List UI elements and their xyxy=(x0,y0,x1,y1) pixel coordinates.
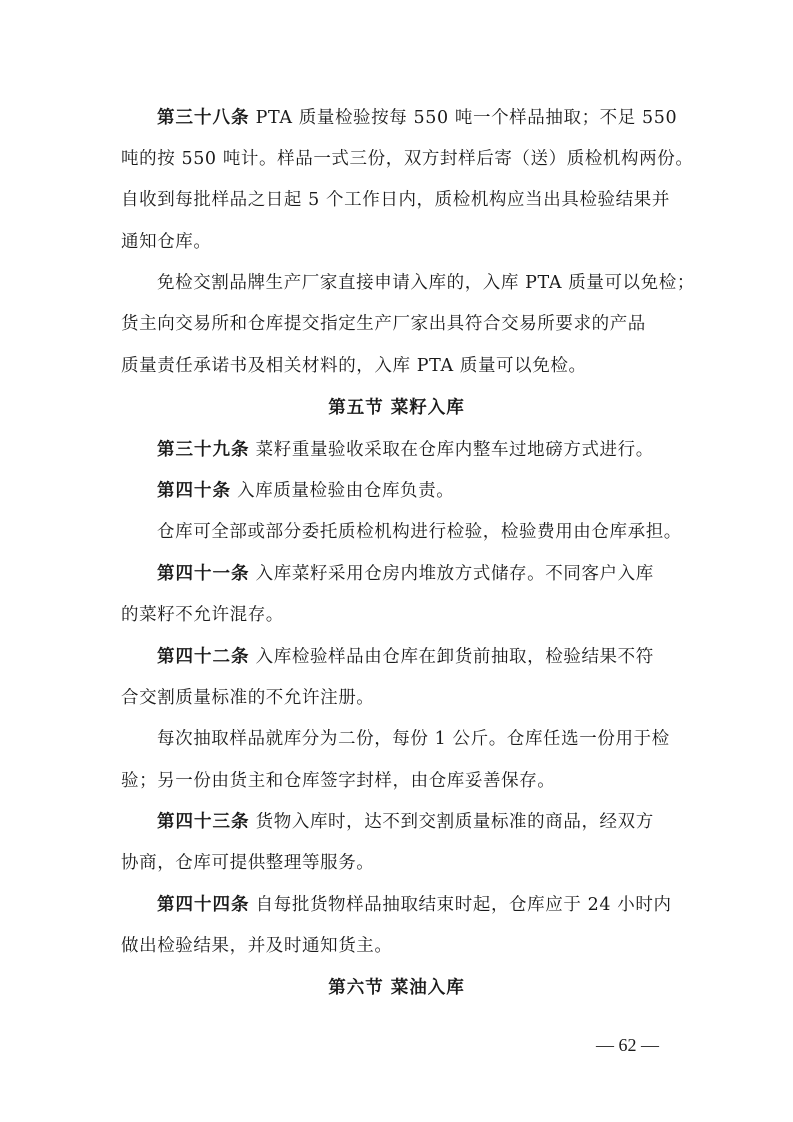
article-42-line-2: 合交割质量标准的不允许注册。 xyxy=(121,686,676,710)
article-39-label: 第三十九条 xyxy=(157,440,250,460)
article-42-para2-line-1: 每次抽取样品就库分为二份，每份 1 公斤。仓库任选一份用于检 xyxy=(157,727,712,751)
section-5-heading: 第五节 菜籽入库 xyxy=(0,396,793,420)
article-38-line-4: 通知仓库。 xyxy=(121,230,676,254)
article-44-line-2: 做出检验结果，并及时通知货主。 xyxy=(121,934,676,958)
section-6-heading: 第六节 菜油入库 xyxy=(0,976,793,1000)
article-43-line-2: 协商，仓库可提供整理等服务。 xyxy=(121,851,676,875)
article-41-line-2: 的菜籽不允许混存。 xyxy=(121,603,676,627)
article-44-line-1: 第四十四条 自每批货物样品抽取结束时起，仓库应于 24 小时内 xyxy=(157,893,712,917)
page-number: — 62 — xyxy=(596,1033,659,1057)
article-42-line-1: 第四十二条 入库检验样品由仓库在卸货前抽取，检验结果不符 xyxy=(157,645,712,669)
article-44-label: 第四十四条 xyxy=(157,895,250,915)
article-43-line-1: 第四十三条 货物入库时，达不到交割质量标准的商品，经双方 xyxy=(157,810,712,834)
article-42-label: 第四十二条 xyxy=(157,647,250,667)
article-43-text: 货物入库时，达不到交割质量标准的商品，经双方 xyxy=(250,812,654,832)
article-38-text: PTA 质量检验按每 550 吨一个样品抽取；不足 550 xyxy=(250,108,678,128)
article-42-text: 入库检验样品由仓库在卸货前抽取，检验结果不符 xyxy=(250,647,654,667)
article-38-line-2: 吨的按 550 吨计。样品一式三份，双方封样后寄（送）质检机构两份。 xyxy=(121,147,676,171)
article-43-label: 第四十三条 xyxy=(157,812,250,832)
article-41-text: 入库菜籽采用仓房内堆放方式储存。不同客户入库 xyxy=(250,564,654,584)
article-41-label: 第四十一条 xyxy=(157,564,250,584)
article-44-text: 自每批货物样品抽取结束时起，仓库应于 24 小时内 xyxy=(250,895,672,915)
article-39-line-1: 第三十九条 菜籽重量验收采取在仓库内整车过地磅方式进行。 xyxy=(157,438,712,462)
article-38-para2-line-1: 免检交割品牌生产厂家直接申请入库的，入库 PTA 质量可以免检； xyxy=(157,271,712,295)
article-41-line-1: 第四十一条 入库菜籽采用仓房内堆放方式储存。不同客户入库 xyxy=(157,562,712,586)
article-38-para2-line-3: 质量责任承诺书及相关材料的，入库 PTA 质量可以免检。 xyxy=(121,354,676,378)
article-38-para2-line-2: 货主向交易所和仓库提交指定生产厂家出具符合交易所要求的产品 xyxy=(121,312,676,336)
article-40-label: 第四十条 xyxy=(157,481,231,501)
article-42-para2-line-2: 验；另一份由货主和仓库签字封样，由仓库妥善保存。 xyxy=(121,769,676,793)
article-38-line-1: 第三十八条 PTA 质量检验按每 550 吨一个样品抽取；不足 550 xyxy=(157,106,712,130)
article-40-para2-line-1: 仓库可全部或部分委托质检机构进行检验，检验费用由仓库承担。 xyxy=(157,520,712,544)
article-40-text: 入库质量检验由仓库负责。 xyxy=(231,481,454,501)
article-38-line-3: 自收到每批样品之日起 5 个工作日内，质检机构应当出具检验结果并 xyxy=(121,188,676,212)
article-40-line-1: 第四十条 入库质量检验由仓库负责。 xyxy=(157,479,712,503)
article-38-label: 第三十八条 xyxy=(157,108,250,128)
article-39-text: 菜籽重量验收采取在仓库内整车过地磅方式进行。 xyxy=(250,440,654,460)
